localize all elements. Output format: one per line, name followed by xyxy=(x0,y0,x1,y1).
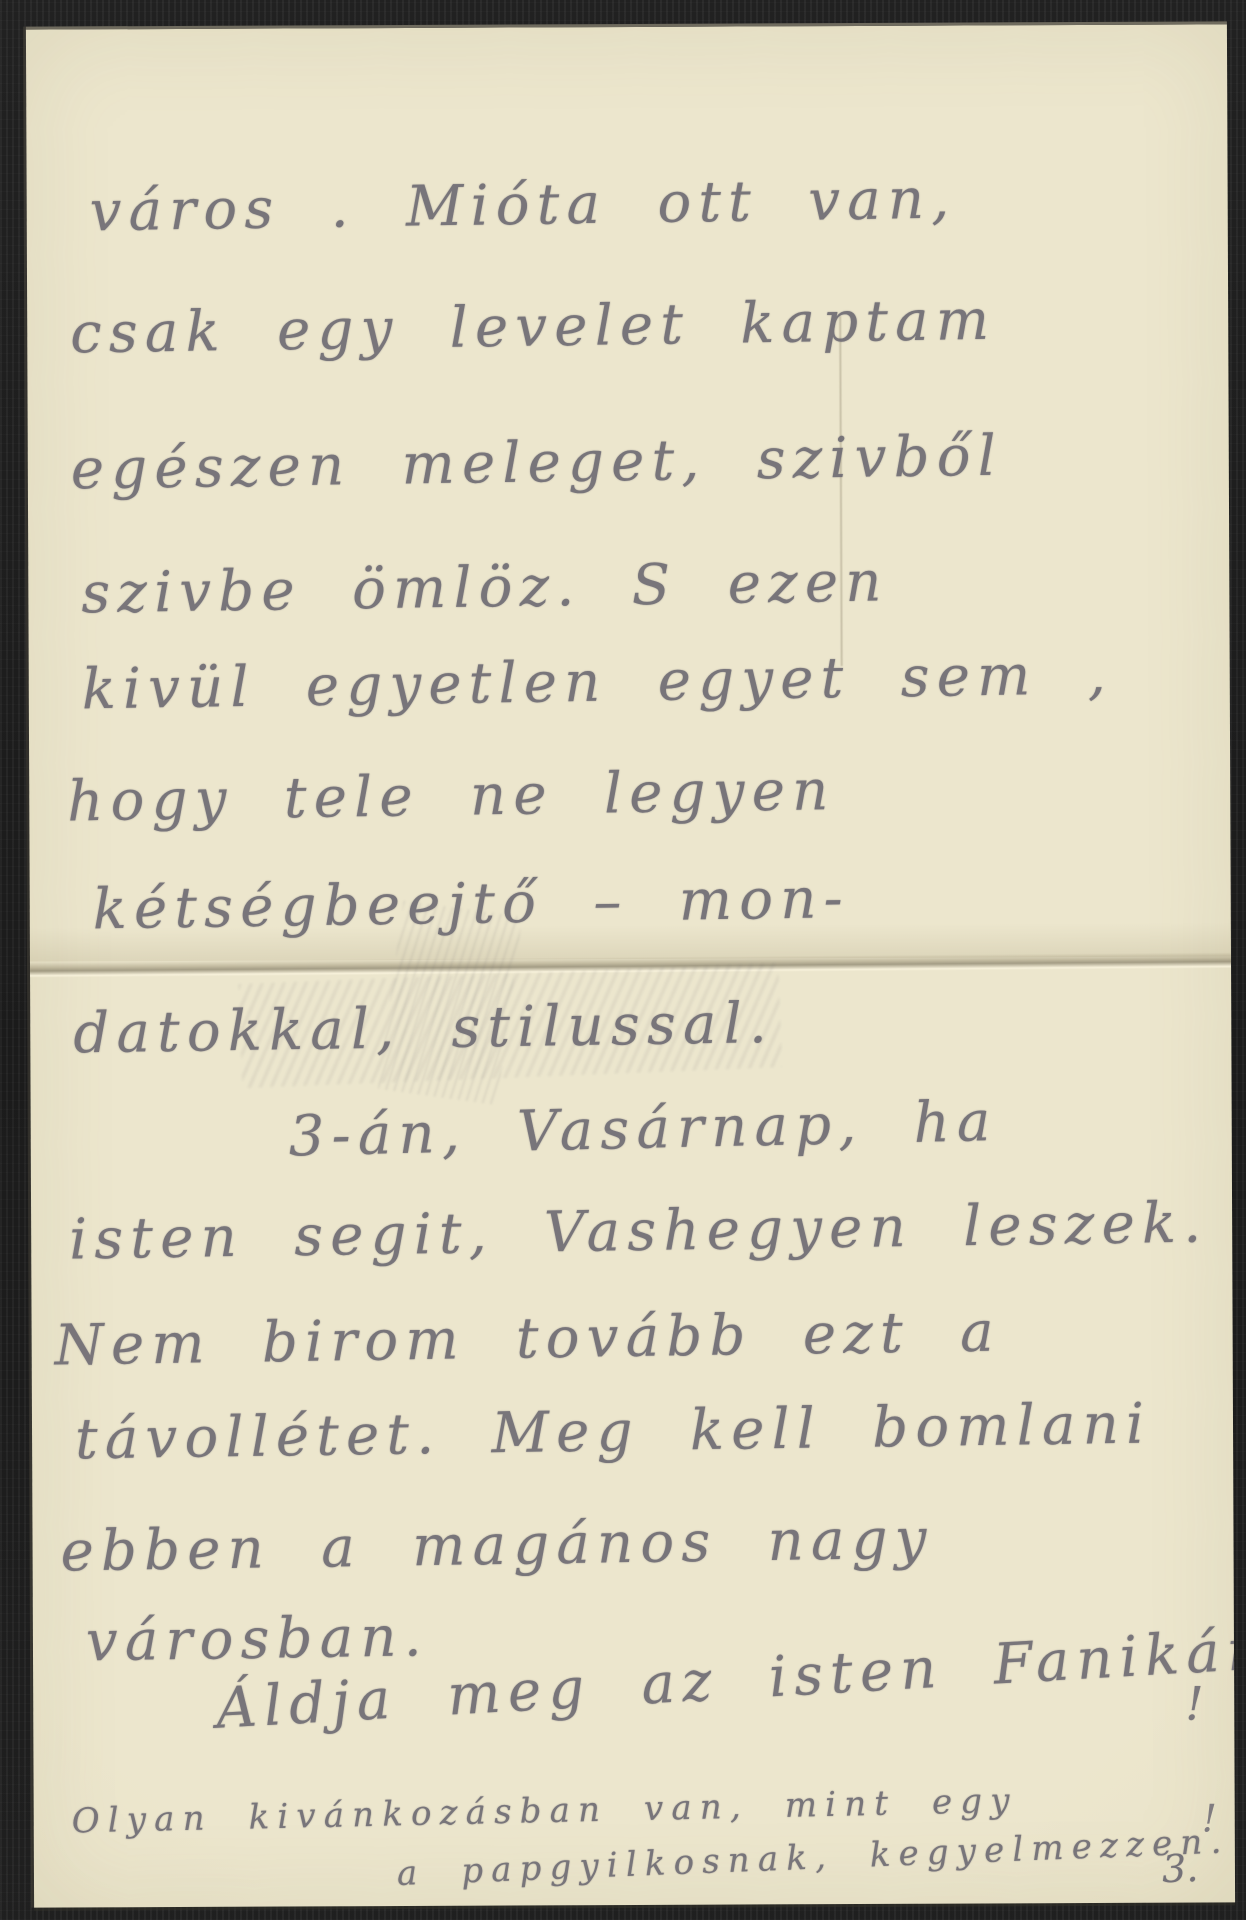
letter-paper: város . Mióta ott van, csak egy levelet … xyxy=(26,21,1235,1907)
handwriting-line: ebben a magános nagy xyxy=(60,1507,934,1585)
handwriting-line: hogy tele ne legyen xyxy=(67,758,836,834)
handwriting-line: 3-án, Vasárnap, ha xyxy=(288,1089,998,1169)
handwriting-line: városban. xyxy=(85,1604,429,1674)
handwriting-line: isten segit, Vashegyen leszek. xyxy=(69,1191,1209,1273)
handwriting-line: távollétet. Meg kell bomlani xyxy=(75,1391,1152,1472)
edge-mark: ! xyxy=(1202,1796,1217,1840)
page-number: 3. xyxy=(1161,1846,1199,1891)
exclamation-mark: ! xyxy=(1185,1677,1204,1731)
handwriting-line: egészen meleget, szivből xyxy=(70,424,1003,503)
handwriting-line: kétségbeejtő – mon- xyxy=(92,866,850,942)
handwriting-line: Olyan kivánkozásban van, mint egy xyxy=(71,1781,1018,1842)
handwriting-line: csak egy levelet kaptam xyxy=(70,288,997,367)
handwriting-line: szivbe ömlöz. S ezen xyxy=(81,549,889,626)
handwriting-line: kivül egyetlen egyet sem , xyxy=(81,642,1113,722)
handwriting-line: a papgyilkosnak, kegyelmezzen. xyxy=(396,1821,1230,1894)
handwriting-line: város . Mióta ott van, xyxy=(89,166,957,244)
scanned-letter-page: város . Mióta ott van, csak egy levelet … xyxy=(0,0,1246,1920)
handwriting-line: Nem birom tovább ezt a xyxy=(54,1299,1001,1378)
handwriting-line: datokkal, stilussal. xyxy=(73,991,775,1066)
